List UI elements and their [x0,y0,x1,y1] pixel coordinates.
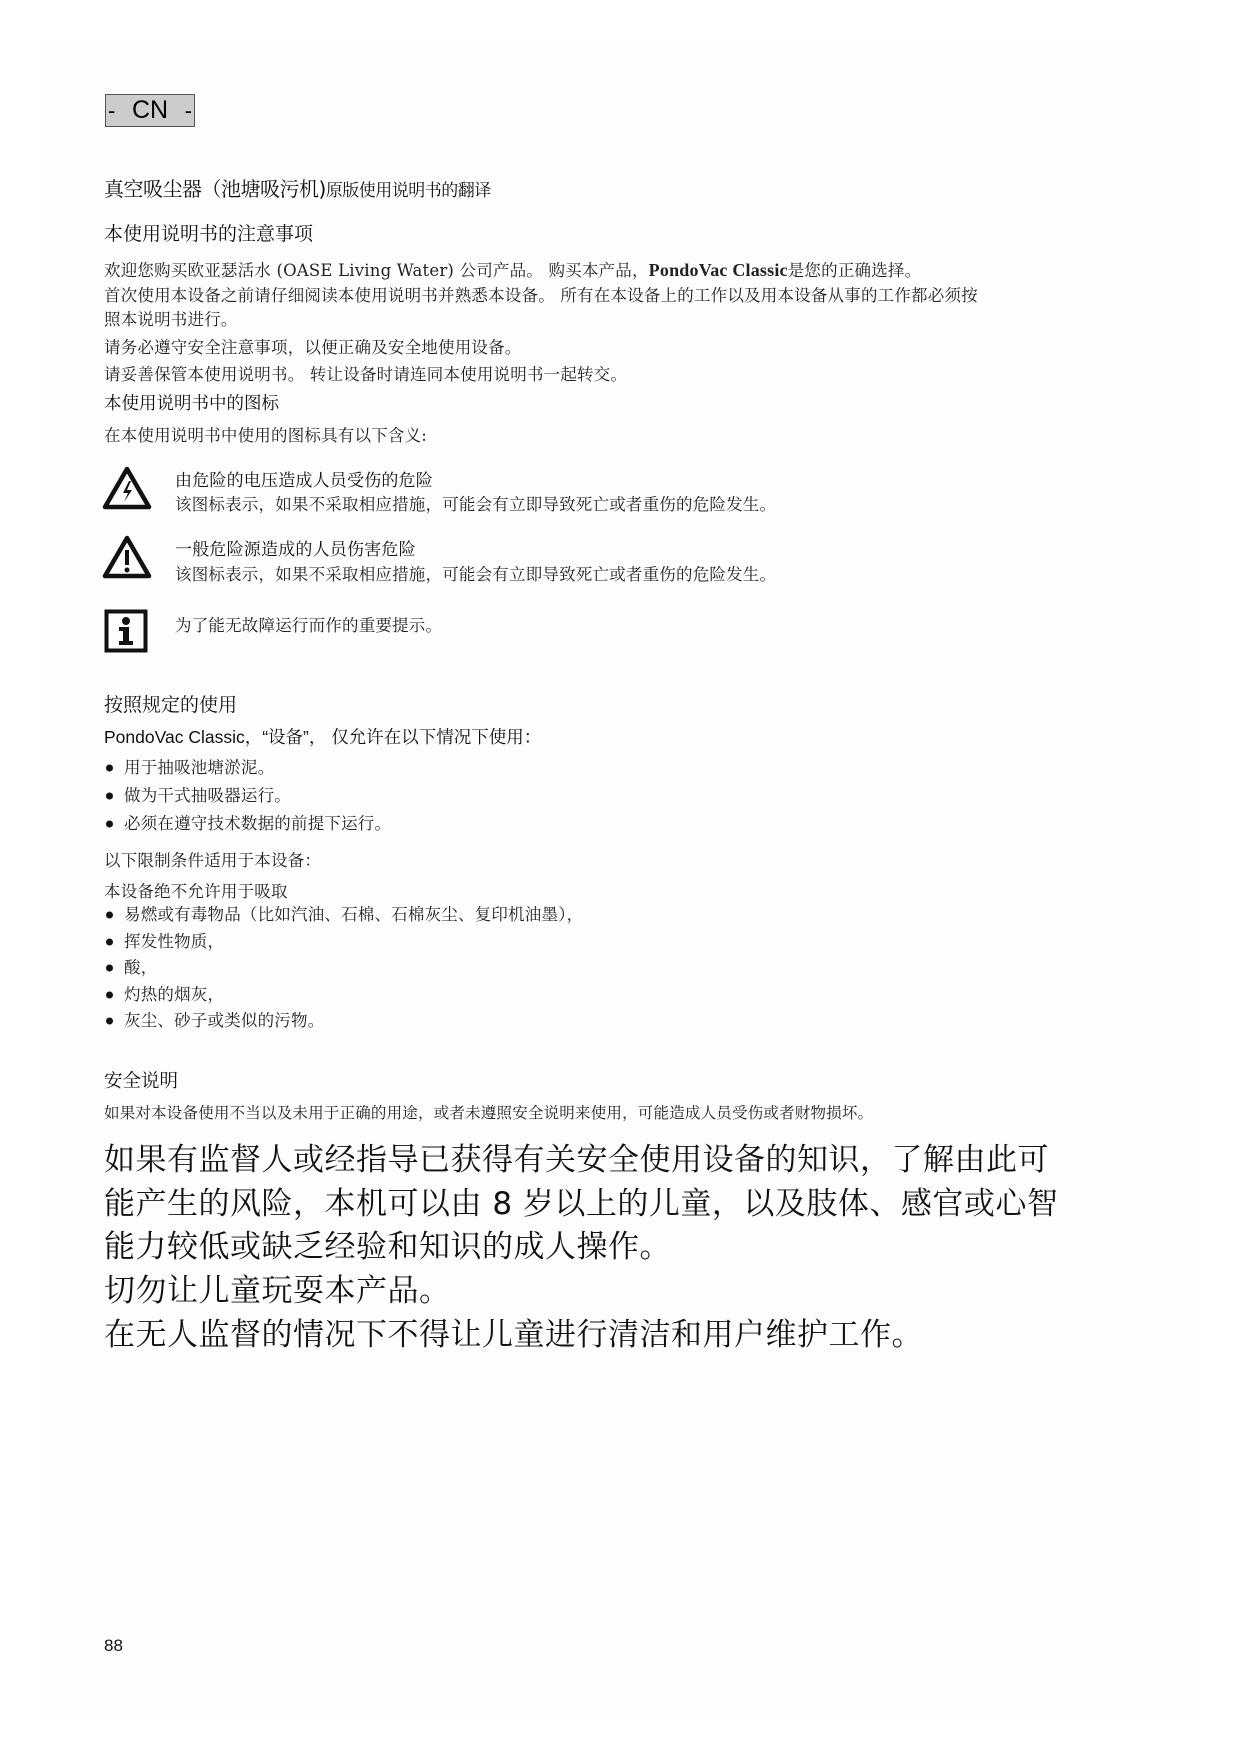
section-heading-safety: 安全说明 [104,1067,178,1093]
safety-large-line-2: 能产生的风险，本机可以由 8 岁以上的儿童，以及肢体、感官或心智 [104,1178,1058,1223]
notes-line-1-text: 欢迎您购买欧亚瑟活水 (OASE Living Water) 公司产品。 购买本… [104,261,649,280]
restrictions-intro: 以下限制条件适用于本设备： [104,847,321,871]
info-icon [104,609,148,653]
section-heading-notes: 本使用说明书的注意事项 [104,219,313,246]
list-item: 用于抽吸池塘淤泥。 [104,754,391,782]
title-suffix: 原版使用说明书的翻译 [326,181,491,201]
badge-language-code: CN [132,95,168,126]
safety-large-line-4: 切勿让儿童玩耍本产品。 [104,1265,451,1310]
general-hazard-icon [102,535,152,579]
prohibited-intro: 本设备绝不允许用于吸取 [104,878,288,902]
icon-item-title: 由危险的电压造成人员受伤的危险 [175,466,433,491]
list-item: 灰尘、砂子或类似的污物。 [104,1008,583,1035]
safety-large-line-3: 能力较低或缺乏经验和知识的成人操作。 [104,1221,671,1266]
icon-item-description: 该图标表示，如果不采取相应措施，可能会有立即导致死亡或者重伤的危险发生。 [175,491,776,515]
language-badge: - CN - [105,94,195,127]
list-item: 灼热的烟灰， [104,982,583,1009]
icon-item-title: 为了能无故障运行而作的重要提示。 [175,612,442,636]
notes-line-1: 欢迎您购买欧亚瑟活水 (OASE Living Water) 公司产品。 购买本… [104,257,921,281]
title-main: 真空吸尘器（池塘吸污机) [104,177,326,201]
safety-large-line-5: 在无人监督的情况下不得让儿童进行清洁和用户维护工作。 [104,1309,923,1354]
prohibited-list: 易燃或有毒物品（比如汽油、石棉、石棉灰尘、复印机油墨）， 挥发性物质， 酸， 灼… [104,902,583,1035]
notes-line-1-end: 是您的正确选择。 [788,261,922,280]
section-heading-intended-use: 按照规定的使用 [104,690,237,717]
product-name-bold: PondoVac Classic [649,260,788,280]
safety-intro: 如果对本设备使用不当以及未用于正确的用途，或者未遵照安全说明来使用，可能造成人员… [104,1101,873,1123]
list-item: 酸， [104,955,583,982]
notes-line-3: 照本说明书进行。 [104,306,238,330]
safety-large-line-1: 如果有监督人或经指导已获得有关安全使用设备的知识，了解由此可 [104,1134,1049,1179]
intended-use-intro: PondoVac Classic，“设备”， 仅允许在以下情况下使用： [104,724,541,749]
icon-item-title: 一般危险源造成的人员伤害危险 [175,535,416,560]
section-heading-icons: 本使用说明书中的图标 [104,390,279,415]
allowed-uses-list: 用于抽吸池塘淤泥。 做为干式抽吸器运行。 必须在遵守技术数据的前提下运行。 [104,754,391,838]
document-title: 真空吸尘器（池塘吸污机)原版使用说明书的翻译 [104,173,491,202]
badge-dash-right: - [185,95,192,126]
list-item: 必须在遵守技术数据的前提下运行。 [104,810,391,838]
notes-line-2: 首次使用本设备之前请仔细阅读本使用说明书并熟悉本设备。 所有在本设备上的工作以及… [104,282,978,306]
badge-dash-left: - [108,95,115,126]
notes-line-5: 请妥善保管本使用说明书。 转让设备时请连同本使用说明书一起转交。 [104,361,627,385]
list-item: 做为干式抽吸器运行。 [104,782,391,810]
page-number: 88 [104,1636,123,1656]
list-item: 易燃或有毒物品（比如汽油、石棉、石棉灰尘、复印机油墨）， [104,902,583,929]
icon-item-description: 该图标表示，如果不采取相应措施，可能会有立即导致死亡或者重伤的危险发生。 [175,561,776,585]
icons-intro: 在本使用说明书中使用的图标具有以下含义: [104,422,427,446]
electric-hazard-icon [102,466,152,510]
list-item: 挥发性物质， [104,929,583,956]
notes-line-4: 请务必遵守安全注意事项，以便正确及安全地使用设备。 [104,334,522,358]
